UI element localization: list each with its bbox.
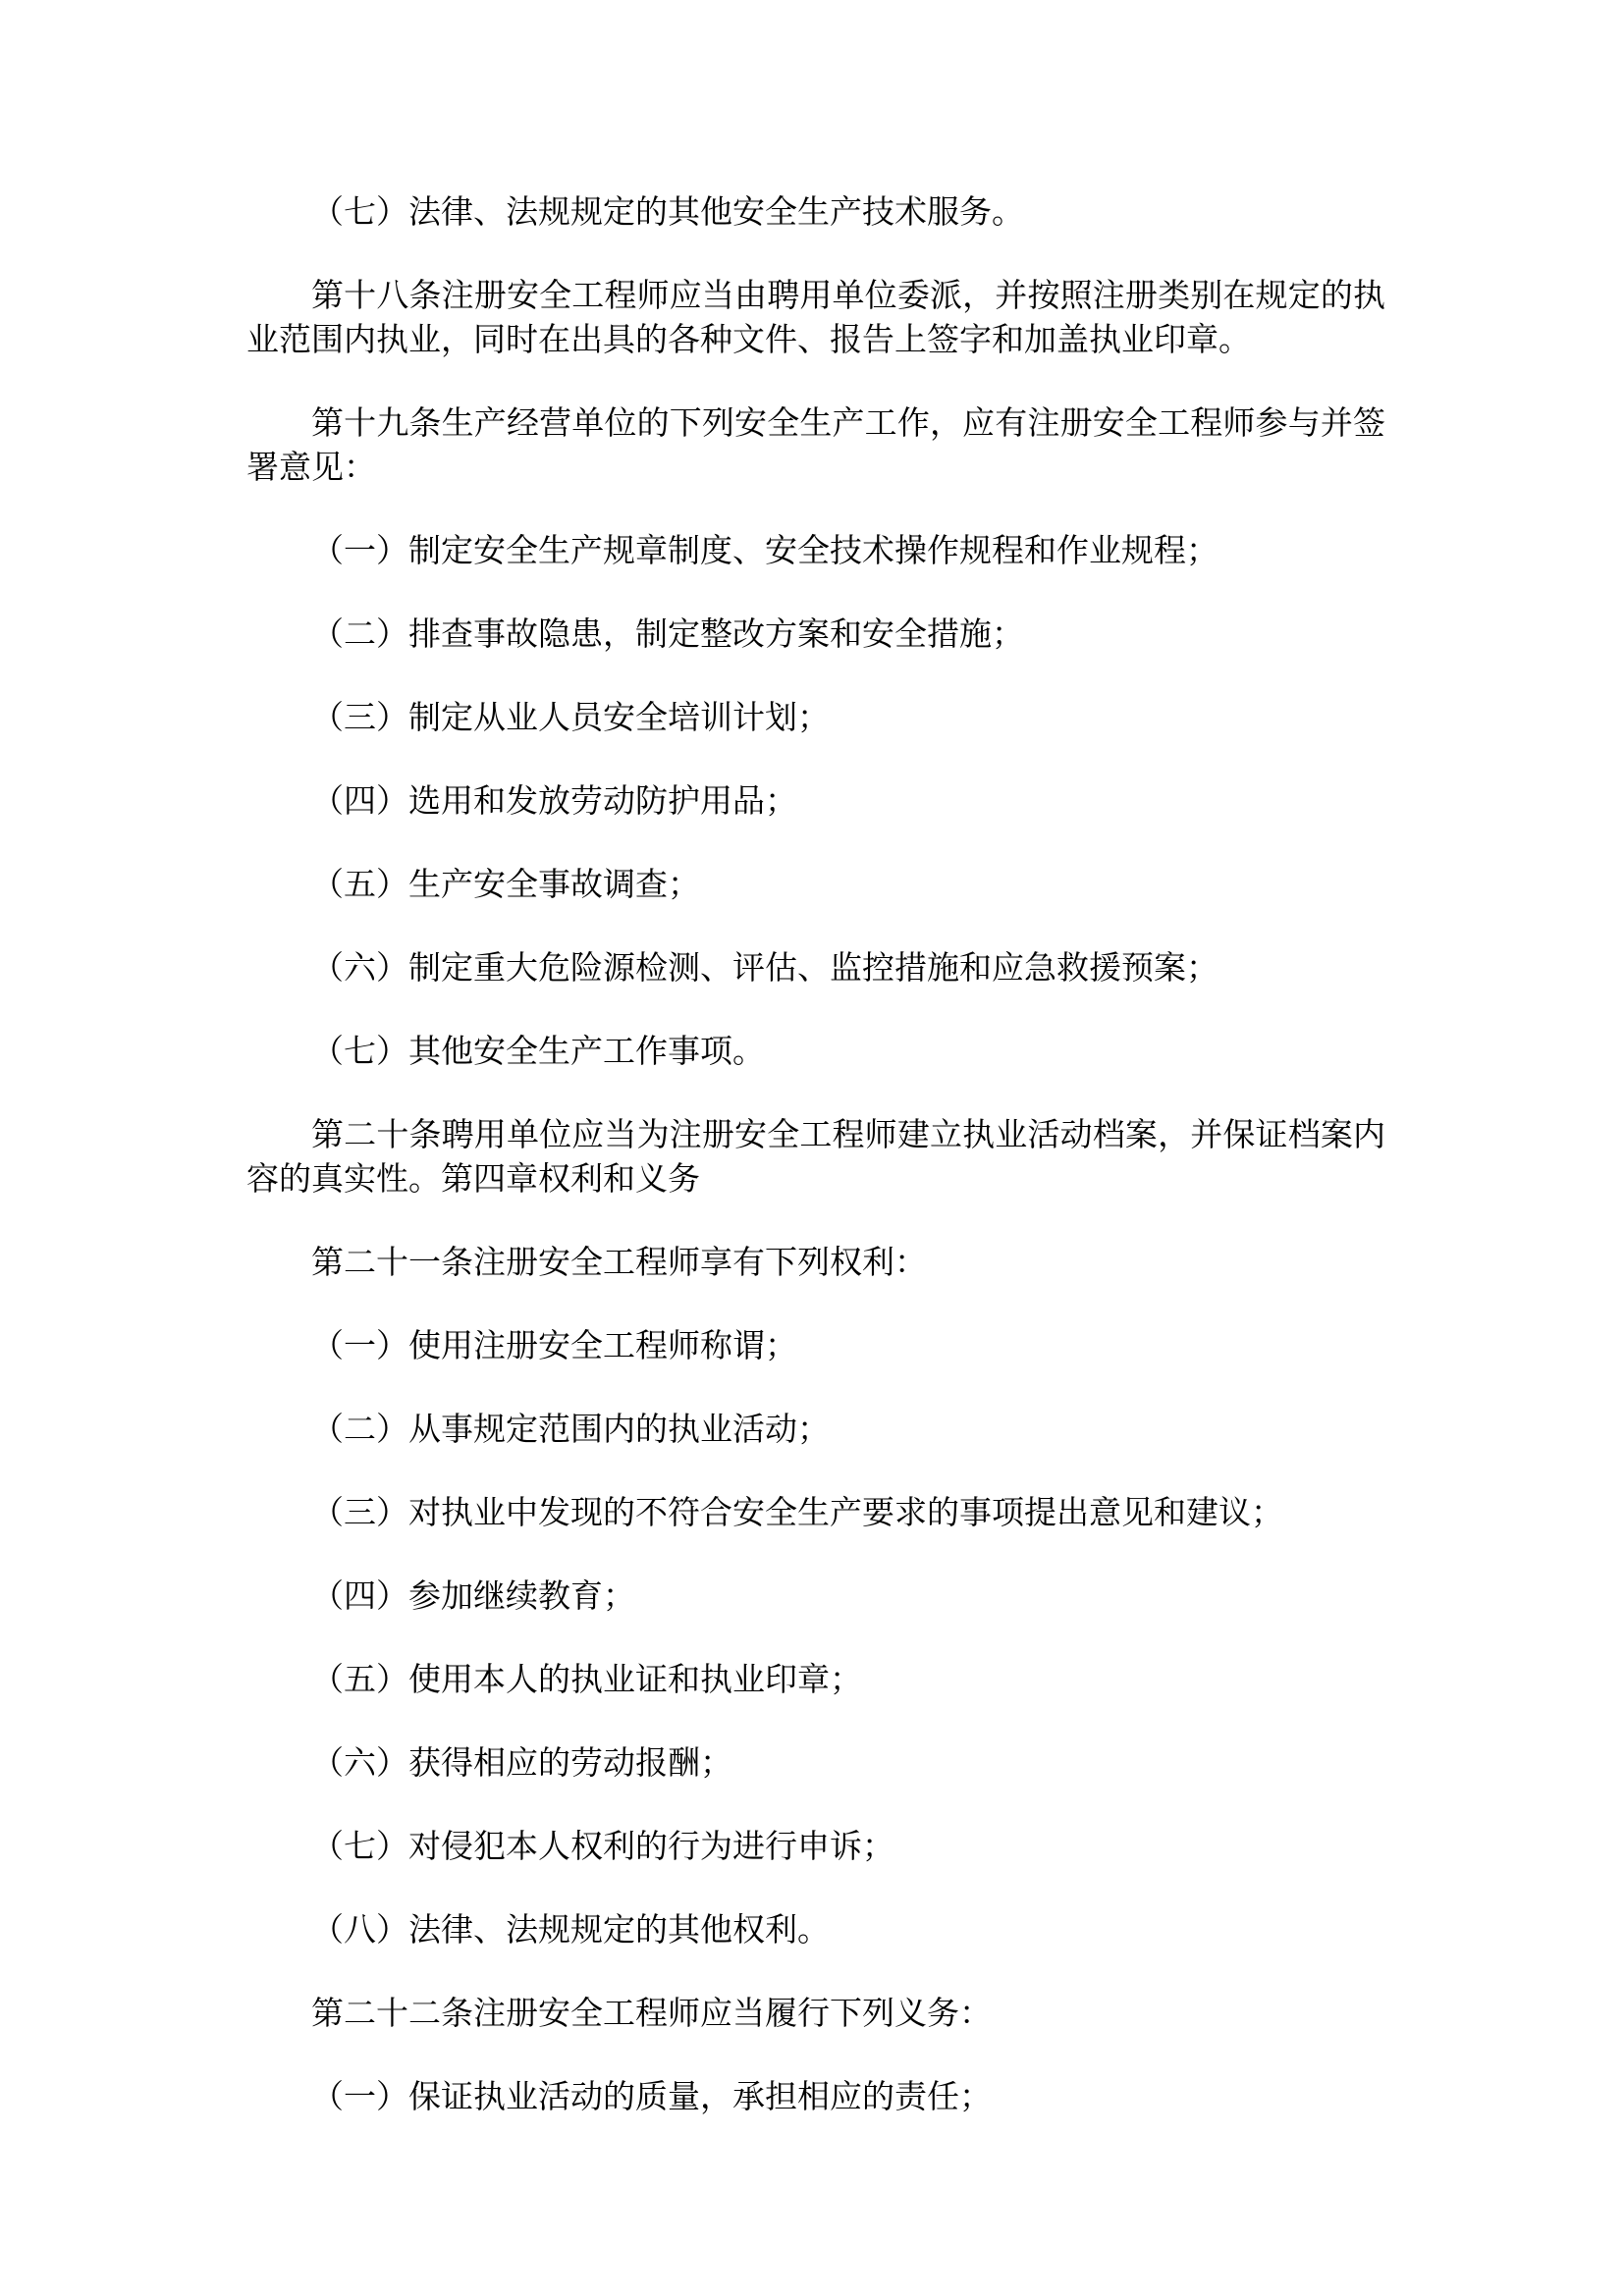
paragraph: 第二十二条注册安全工程师应当履行下列义务： xyxy=(246,1993,1385,2037)
paragraph: （五）使用本人的执业证和执业印章； xyxy=(246,1659,1385,1703)
document-page: （七）法律、法规规定的其他安全生产技术服务。 第十八条注册安全工程师应当由聘用单… xyxy=(0,0,1624,2296)
paragraph: （七）对侵犯本人权利的行为进行申诉； xyxy=(246,1826,1385,1870)
paragraph: （六）获得相应的劳动报酬； xyxy=(246,1742,1385,1787)
paragraph: （八）法律、法规规定的其他权利。 xyxy=(246,1909,1385,1953)
paragraph: （四）参加继续教育； xyxy=(246,1575,1385,1620)
paragraph: （五）生产安全事故调查； xyxy=(246,864,1385,908)
paragraph: （六）制定重大危险源检测、评估、监控措施和应急救援预案； xyxy=(246,947,1385,991)
document-text-block: （七）法律、法规规定的其他安全生产技术服务。 第十八条注册安全工程师应当由聘用单… xyxy=(246,191,1385,2160)
paragraph: （二）排查事故隐患，制定整改方案和安全措施； xyxy=(246,614,1385,658)
paragraph: 第十八条注册安全工程师应当由聘用单位委派，并按照注册类别在规定的执业范围内执业，… xyxy=(246,275,1385,363)
paragraph: （七）其他安全生产工作事项。 xyxy=(246,1031,1385,1075)
paragraph: （七）法律、法规规定的其他安全生产技术服务。 xyxy=(246,191,1385,236)
paragraph: （三）制定从业人员安全培训计划； xyxy=(246,697,1385,741)
paragraph: （一）制定安全生产规章制度、安全技术操作规程和作业规程； xyxy=(246,530,1385,574)
paragraph: （四）选用和发放劳动防护用品； xyxy=(246,780,1385,825)
paragraph: （一）使用注册安全工程师称谓； xyxy=(246,1325,1385,1369)
paragraph: 第十九条生产经营单位的下列安全生产工作，应有注册安全工程师参与并签署意见： xyxy=(246,402,1385,491)
paragraph: （一）保证执业活动的质量，承担相应的责任； xyxy=(246,2076,1385,2120)
paragraph: （二）从事规定范围内的执业活动； xyxy=(246,1409,1385,1453)
paragraph: 第二十一条注册安全工程师享有下列权利： xyxy=(246,1242,1385,1286)
paragraph: （三）对执业中发现的不符合安全生产要求的事项提出意见和建议； xyxy=(246,1492,1385,1536)
paragraph: 第二十条聘用单位应当为注册安全工程师建立执业活动档案，并保证档案内容的真实性。第… xyxy=(246,1114,1385,1202)
